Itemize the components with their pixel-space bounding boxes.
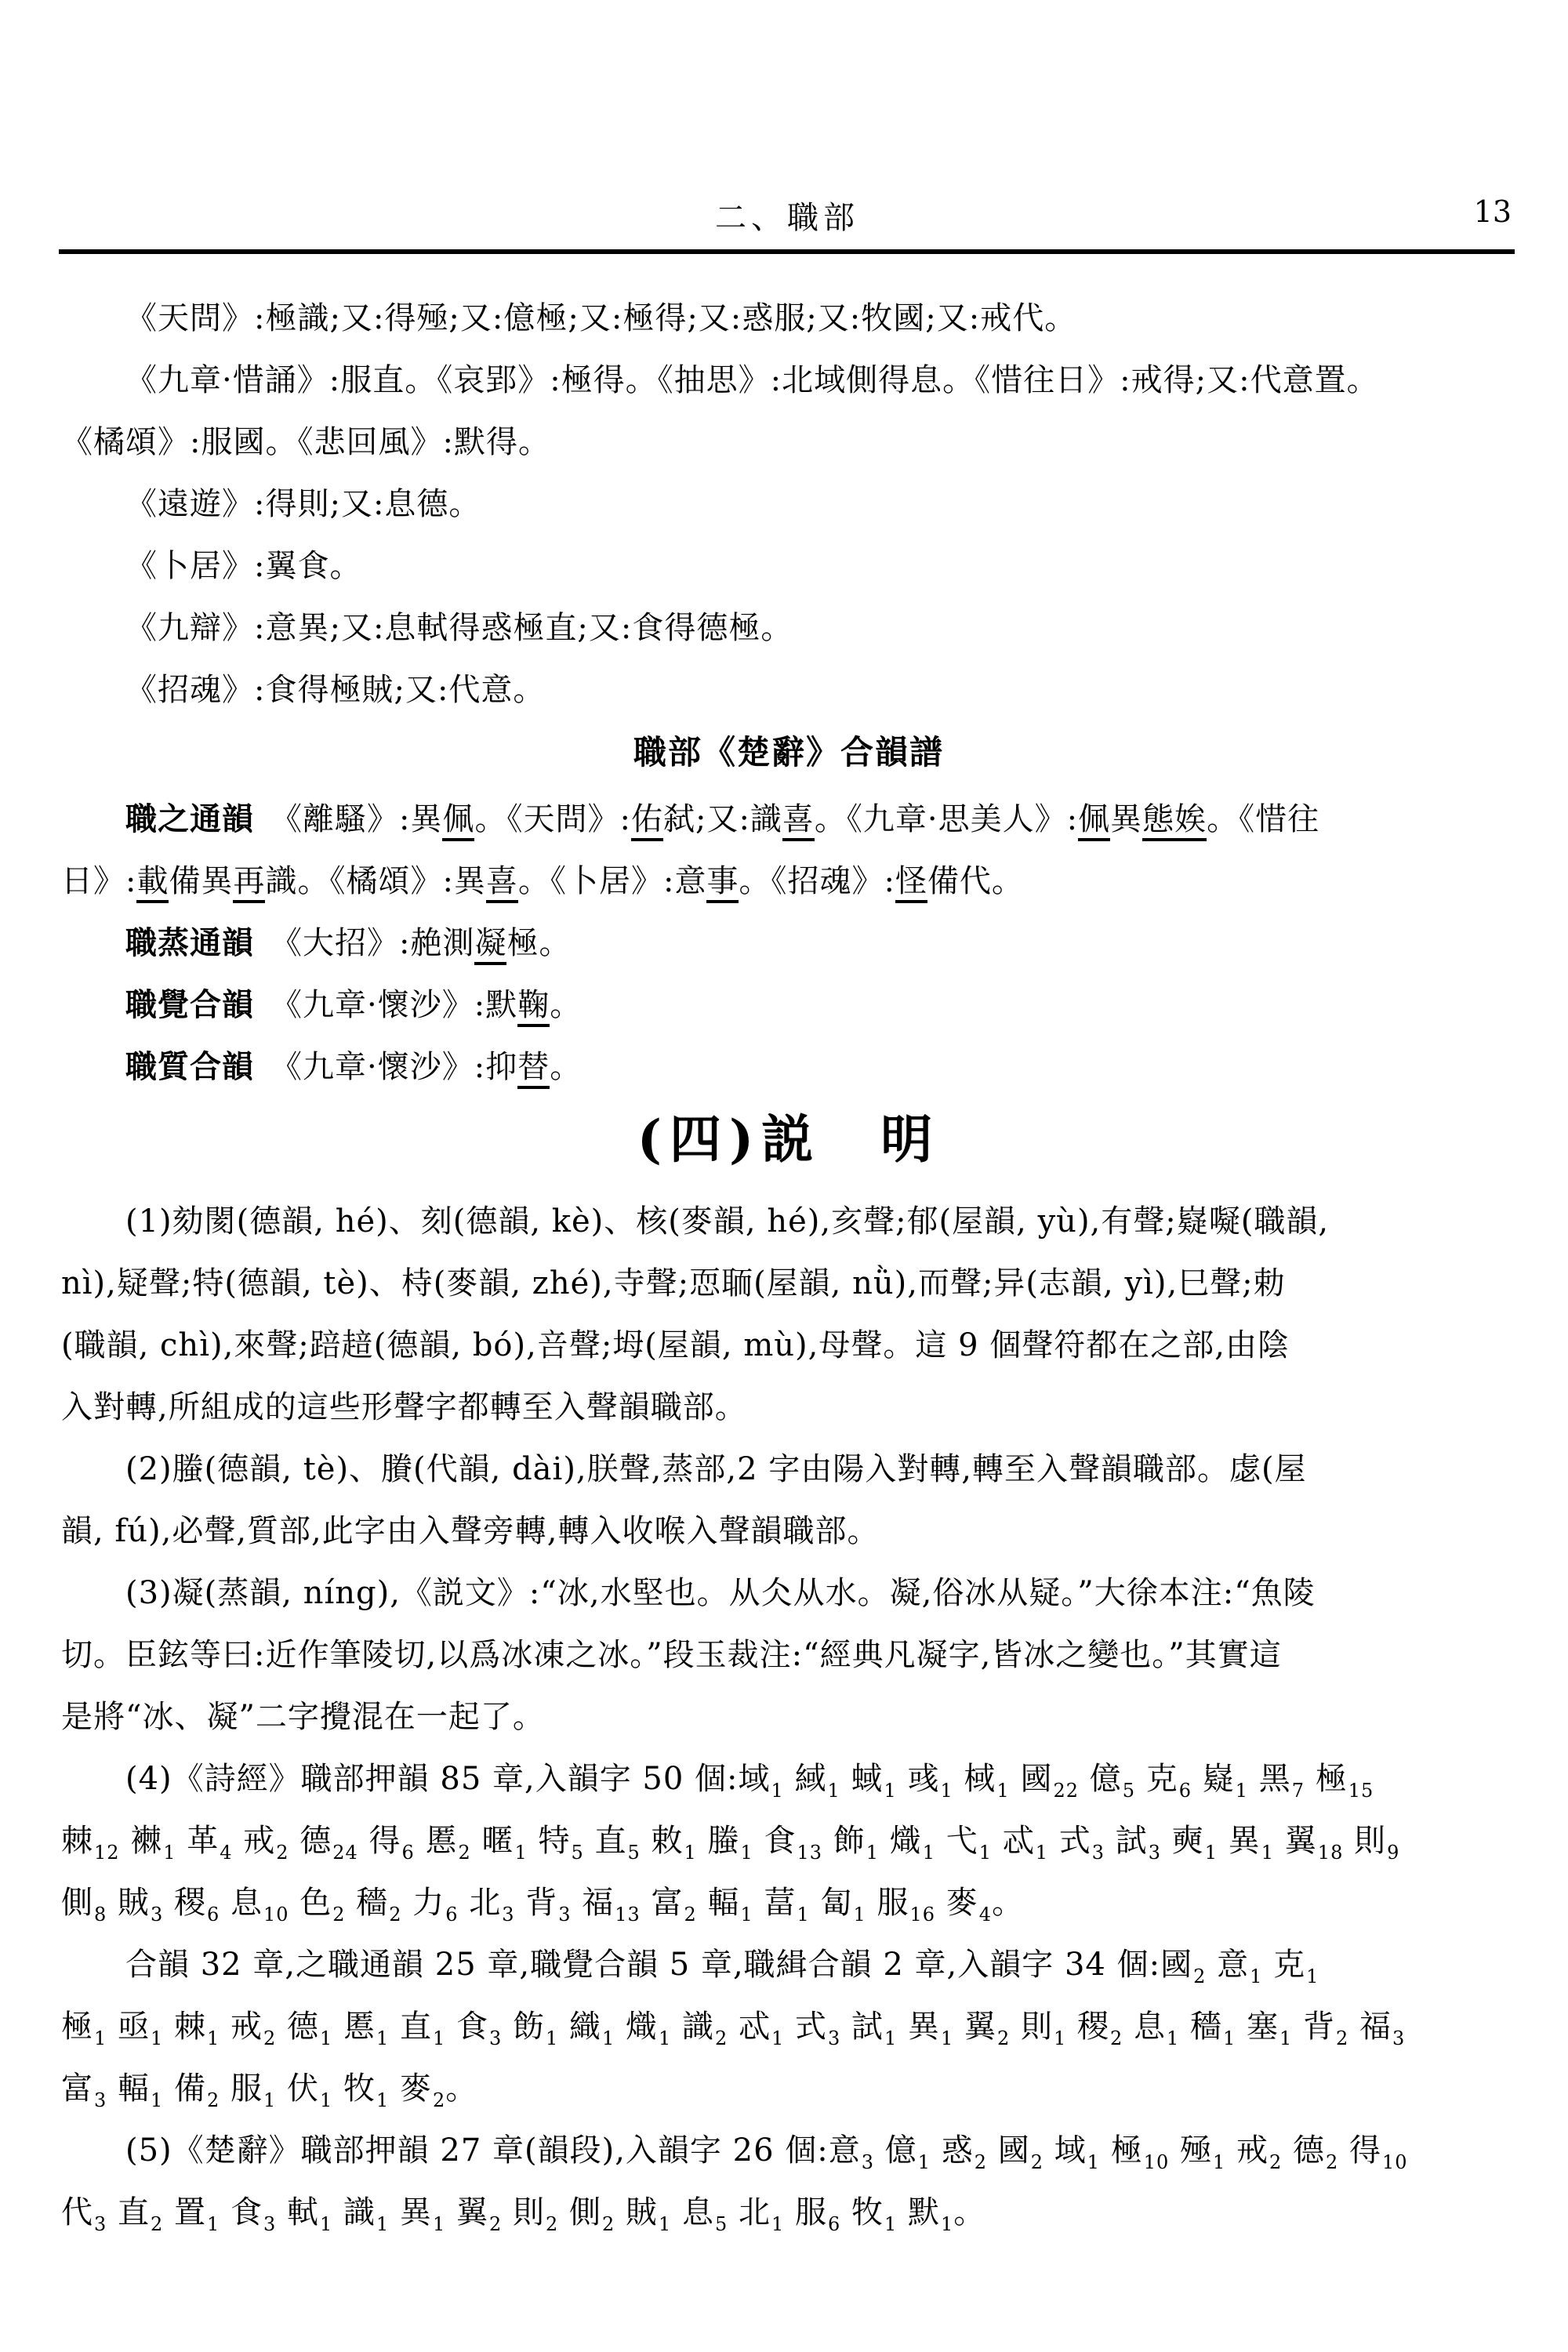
underlined-rhyme-char: 佩 (1078, 801, 1110, 841)
occurrence-count: 1 (546, 2027, 558, 2049)
occurrence-count: 1 (771, 1780, 784, 1802)
occurrence-count: 10 (1382, 2151, 1408, 2173)
text-line: 《橘頌》:服國。《悲回風》:默得。 (61, 423, 1516, 461)
occurrence-count: 24 (332, 1842, 358, 1864)
occurrence-count: 1 (771, 2027, 784, 2049)
scanned-book-page: 二、職部 13 《天問》:極識;又:得殛;又:億極;又:極得;又:惑服;又:牧國… (0, 0, 1568, 2352)
text-line: 合韻 32 章,之職通韻 25 章,職覺合韻 5 章,職緝合韻 2 章,入韻字 … (61, 1946, 1516, 1984)
occurrence-count: 1 (1236, 1780, 1248, 1802)
occurrence-count: 2 (276, 1842, 289, 1864)
occurrence-count: 1 (1306, 1965, 1319, 1987)
occurrence-count: 1 (854, 1904, 866, 1926)
underlined-rhyme-char: 喜 (486, 863, 518, 903)
occurrence-count: 1 (659, 2213, 671, 2235)
rhyme-category-label: 職之通韻 (125, 800, 254, 837)
occurrence-count: 1 (828, 1780, 840, 1802)
text-line: 富3 輻1 備2 服1 伏1 牧1 麥2。 (61, 2070, 1516, 2107)
occurrence-count: 3 (1149, 1842, 1161, 1864)
occurrence-count: 3 (502, 1904, 514, 1926)
occurrence-count: 2 (997, 2027, 1010, 2049)
occurrence-count: 9 (1387, 1842, 1399, 1864)
occurrence-count: 10 (263, 1904, 289, 1926)
occurrence-count: 1 (684, 1842, 697, 1864)
text-line: nì),疑聲;特(德韻, tè)、㭙(麥韻, zhé),寺聲;恧聏(屋韻, nǜ… (61, 1265, 1516, 1302)
occurrence-count: 6 (445, 1904, 458, 1926)
running-head-title: 二、職部 (61, 193, 1513, 238)
occurrence-count: 1 (941, 1780, 953, 1802)
occurrence-count: 1 (884, 1780, 897, 1802)
occurrence-count: 1 (1205, 1842, 1218, 1864)
underlined-rhyme-char: 娭 (1174, 801, 1207, 841)
text-line: (職韻, chì),來聲;踣䞳(德韻, bó),咅聲;坶(屋韻, mù),母聲。… (61, 1327, 1516, 1364)
occurrence-count: 1 (1279, 2027, 1292, 2049)
text-line: (2)螣(德韻, tè)、賸(代韻, dài),朕聲,蒸部,2 字由陽入對轉,轉… (61, 1450, 1516, 1488)
occurrence-count: 2 (207, 2089, 220, 2111)
text-line: (5)《楚辭》職部押韻 27 章(韻段),入韻字 26 個:意3 億1 惑2 國… (61, 2132, 1516, 2169)
occurrence-count: 3 (151, 1904, 163, 1926)
text-line: 代3 直2 置1 食3 軾1 識1 異1 翼2 則2 側2 賊1 息5 北1 服… (61, 2194, 1516, 2231)
occurrence-count: 2 (263, 2027, 276, 2049)
occurrence-count: 1 (433, 2213, 445, 2235)
occurrence-count: 1 (515, 1842, 528, 1864)
occurrence-count: 1 (320, 2089, 332, 2111)
occurrence-count: 1 (1054, 2027, 1066, 2049)
occurrence-count: 2 (459, 1842, 471, 1864)
occurrence-count: 10 (1144, 2151, 1170, 2173)
occurrence-count: 1 (997, 1780, 1010, 1802)
occurrence-count: 4 (220, 1842, 232, 1864)
text-line: 棘12 襋1 革4 戒2 德24 得6 慝2 暱1 特5 直5 敕1 螣1 食1… (61, 1822, 1516, 1860)
occurrence-count: 16 (910, 1904, 936, 1926)
text-line: 日》:載備異再識。《橘頌》:異喜。《卜居》:意事。《招魂》:怪備代。 (61, 862, 1516, 900)
page-number: 13 (1474, 194, 1512, 229)
occurrence-count: 1 (1213, 2151, 1225, 2173)
occurrence-count: 1 (1167, 2027, 1179, 2049)
occurrence-count: 2 (715, 2027, 728, 2049)
text-line: 職質合韻 《九章·懷沙》:抑替。 (61, 1048, 1516, 1086)
occurrence-count: 1 (741, 1904, 753, 1926)
text-line: (3)凝(蒸韻, níng),《説文》:“冰,水堅也。从仌从水。凝,俗冰从疑。”… (61, 1574, 1516, 1612)
occurrence-count: 1 (771, 2213, 784, 2235)
occurrence-count: 1 (163, 1842, 176, 1864)
text-line: 側8 賊3 稷6 息10 色2 穡2 力6 北3 背3 福13 富2 輻1 葍1… (61, 1884, 1516, 1922)
occurrence-count: 1 (1223, 2027, 1236, 2049)
occurrence-count: 8 (94, 1904, 107, 1926)
occurrence-count: 18 (1318, 1842, 1344, 1864)
occurrence-count: 2 (389, 1904, 401, 1926)
occurrence-count: 1 (320, 2213, 332, 2235)
occurrence-count: 1 (918, 2151, 931, 2173)
occurrence-count: 1 (376, 2027, 389, 2049)
text-line: (1)劾閡(德韻, hé)、刻(德韻, kè)、核(麥韻, hé),亥聲;郁(屋… (61, 1203, 1516, 1240)
occurrence-count: 12 (94, 1842, 120, 1864)
occurrence-count: 1 (941, 2027, 953, 2049)
occurrence-count: 3 (94, 2089, 107, 2111)
occurrence-count: 1 (884, 2027, 897, 2049)
occurrence-count: 3 (1392, 2027, 1405, 2049)
occurrence-count: 22 (1054, 1780, 1080, 1802)
underlined-rhyme-char: 載 (136, 863, 169, 903)
section-heading-heyunpu: 職部《楚辭》合韻譜 (61, 733, 1516, 772)
occurrence-count: 13 (615, 1904, 641, 1926)
rhyme-category-label: 職蒸通韻 (125, 924, 254, 961)
occurrence-count: 1 (1036, 1842, 1048, 1864)
underlined-rhyme-char: 佩 (442, 801, 474, 841)
occurrence-count: 2 (433, 2089, 445, 2111)
occurrence-count: 1 (376, 2089, 389, 2111)
underlined-rhyme-char: 佑 (631, 801, 663, 841)
text-line: 極1 亟1 棘1 戒2 德1 慝1 直1 食3 飭1 織1 熾1 識2 忒1 式… (61, 2008, 1516, 2045)
occurrence-count: 1 (1250, 1965, 1262, 1987)
text-line: 《卜居》:翼食。 (61, 547, 1516, 585)
underlined-rhyme-char: 喜 (782, 801, 815, 841)
text-line: (4)《詩經》職部押韻 85 章,入韻字 50 個:域1 緎1 蜮1 彧1 棫1… (61, 1760, 1516, 1798)
occurrence-count: 1 (866, 1842, 879, 1864)
text-line: 《九辯》:意異;又:息軾得惑極直;又:食得德極。 (61, 609, 1516, 647)
underlined-rhyme-char: 鞠 (517, 987, 550, 1027)
occurrence-count: 1 (923, 1842, 935, 1864)
text-line: 《招魂》:食得極賊;又:代意。 (61, 671, 1516, 709)
occurrence-count: 1 (207, 2027, 220, 2049)
occurrence-count: 1 (320, 2027, 332, 2049)
occurrence-count: 1 (263, 2089, 276, 2111)
text-line: 韻, fú),必聲,質部,此字由入聲旁轉,轉入收喉入聲韻職部。 (61, 1512, 1516, 1550)
occurrence-count: 3 (94, 2213, 107, 2235)
occurrence-count: 1 (979, 1842, 992, 1864)
text-line: 入對轉,所組成的這些形聲字都轉至入聲韻職部。 (61, 1388, 1516, 1426)
underlined-rhyme-char: 凝 (474, 925, 506, 965)
occurrence-count: 3 (489, 2027, 502, 2049)
occurrence-count: 6 (1179, 1780, 1192, 1802)
text-line: 《天問》:極識;又:得殛;又:億極;又:極得;又:惑服;又:牧國;又:戒代。 (61, 299, 1516, 337)
occurrence-count: 1 (207, 2213, 220, 2235)
content: 《天問》:極識;又:得殛;又:億極;又:極得;又:惑服;又:牧國;又:戒代。《九… (61, 299, 1516, 2256)
occurrence-count: 1 (884, 2213, 897, 2235)
occurrence-count: 5 (715, 2213, 728, 2235)
occurrence-count: 1 (741, 1842, 753, 1864)
text-line: 是將“冰、凝”二字攪混在一起了。 (61, 1698, 1516, 1736)
occurrence-count: 1 (941, 2213, 953, 2235)
occurrence-count: 1 (94, 2027, 107, 2049)
occurrence-count: 2 (1031, 2151, 1044, 2173)
text-line: 職之通韻 《離騷》:異佩。《天問》:佑弑;又:識喜。《九章·思美人》:佩異態娭。… (61, 800, 1516, 838)
rhyme-category-label: 職質合韻 (125, 1048, 254, 1085)
underlined-rhyme-char: 態 (1142, 801, 1174, 841)
text-line: 職蒸通韻 《大招》:赩測凝極。 (61, 924, 1516, 962)
occurrence-count: 1 (376, 2213, 389, 2235)
occurrence-count: 5 (1123, 1780, 1135, 1802)
occurrence-count: 1 (151, 2027, 163, 2049)
text-line: 切。臣鉉等曰:近作筆陵切,以爲冰凍之冰。”段玉裁注:“經典凡凝字,皆冰之變也。”… (61, 1636, 1516, 1674)
text-line: 《遠遊》:得則;又:息德。 (61, 485, 1516, 523)
occurrence-count: 1 (797, 1904, 810, 1926)
occurrence-count: 1 (1087, 2151, 1100, 2173)
underlined-rhyme-char: 怪 (895, 863, 927, 903)
occurrence-count: 6 (828, 2213, 840, 2235)
occurrence-count: 3 (1092, 1842, 1105, 1864)
occurrence-count: 6 (402, 1842, 415, 1864)
occurrence-count: 2 (546, 2213, 558, 2235)
occurrence-count: 5 (572, 1842, 584, 1864)
underlined-rhyme-char: 替 (517, 1049, 550, 1089)
occurrence-count: 3 (263, 2213, 276, 2235)
occurrence-count: 2 (1336, 2027, 1348, 2049)
section-heading-shuoming: (四)説 明 (61, 1110, 1516, 1168)
underlined-rhyme-char: 再 (233, 863, 265, 903)
occurrence-count: 2 (1326, 2151, 1338, 2173)
occurrence-count: 2 (1110, 2027, 1123, 2049)
occurrence-count: 1 (659, 2027, 671, 2049)
occurrence-count: 2 (151, 2213, 163, 2235)
text-line: 職覺合韻 《九章·懷沙》:默鞠。 (61, 986, 1516, 1024)
occurrence-count: 5 (628, 1842, 641, 1864)
occurrence-count: 3 (558, 1904, 571, 1926)
header-rule (59, 249, 1515, 254)
rhyme-category-label: 職覺合韻 (125, 986, 254, 1023)
occurrence-count: 1 (602, 2027, 615, 2049)
occurrence-count: 2 (1269, 2151, 1282, 2173)
occurrence-count: 15 (1348, 1780, 1374, 1802)
occurrence-count: 2 (1193, 1965, 1206, 1987)
occurrence-count: 4 (979, 1904, 992, 1926)
occurrence-count: 2 (684, 1904, 697, 1926)
occurrence-count: 7 (1292, 1780, 1305, 1802)
occurrence-count: 1 (1261, 1842, 1274, 1864)
page-header: 二、職部 13 (61, 193, 1513, 240)
occurrence-count: 1 (433, 2027, 445, 2049)
occurrence-count: 1 (151, 2089, 163, 2111)
occurrence-count: 2 (602, 2213, 615, 2235)
occurrence-count: 3 (828, 2027, 840, 2049)
occurrence-count: 6 (207, 1904, 220, 1926)
underlined-rhyme-char: 事 (706, 863, 739, 903)
occurrence-count: 2 (975, 2151, 987, 2173)
occurrence-count: 2 (489, 2213, 502, 2235)
occurrence-count: 2 (332, 1904, 345, 1926)
occurrence-count: 13 (797, 1842, 823, 1864)
text-line: 《九章·惜誦》:服直。《哀郢》:極得。《抽思》:北域側得息。《惜往日》:戒得;又… (61, 361, 1516, 399)
occurrence-count: 3 (862, 2151, 874, 2173)
